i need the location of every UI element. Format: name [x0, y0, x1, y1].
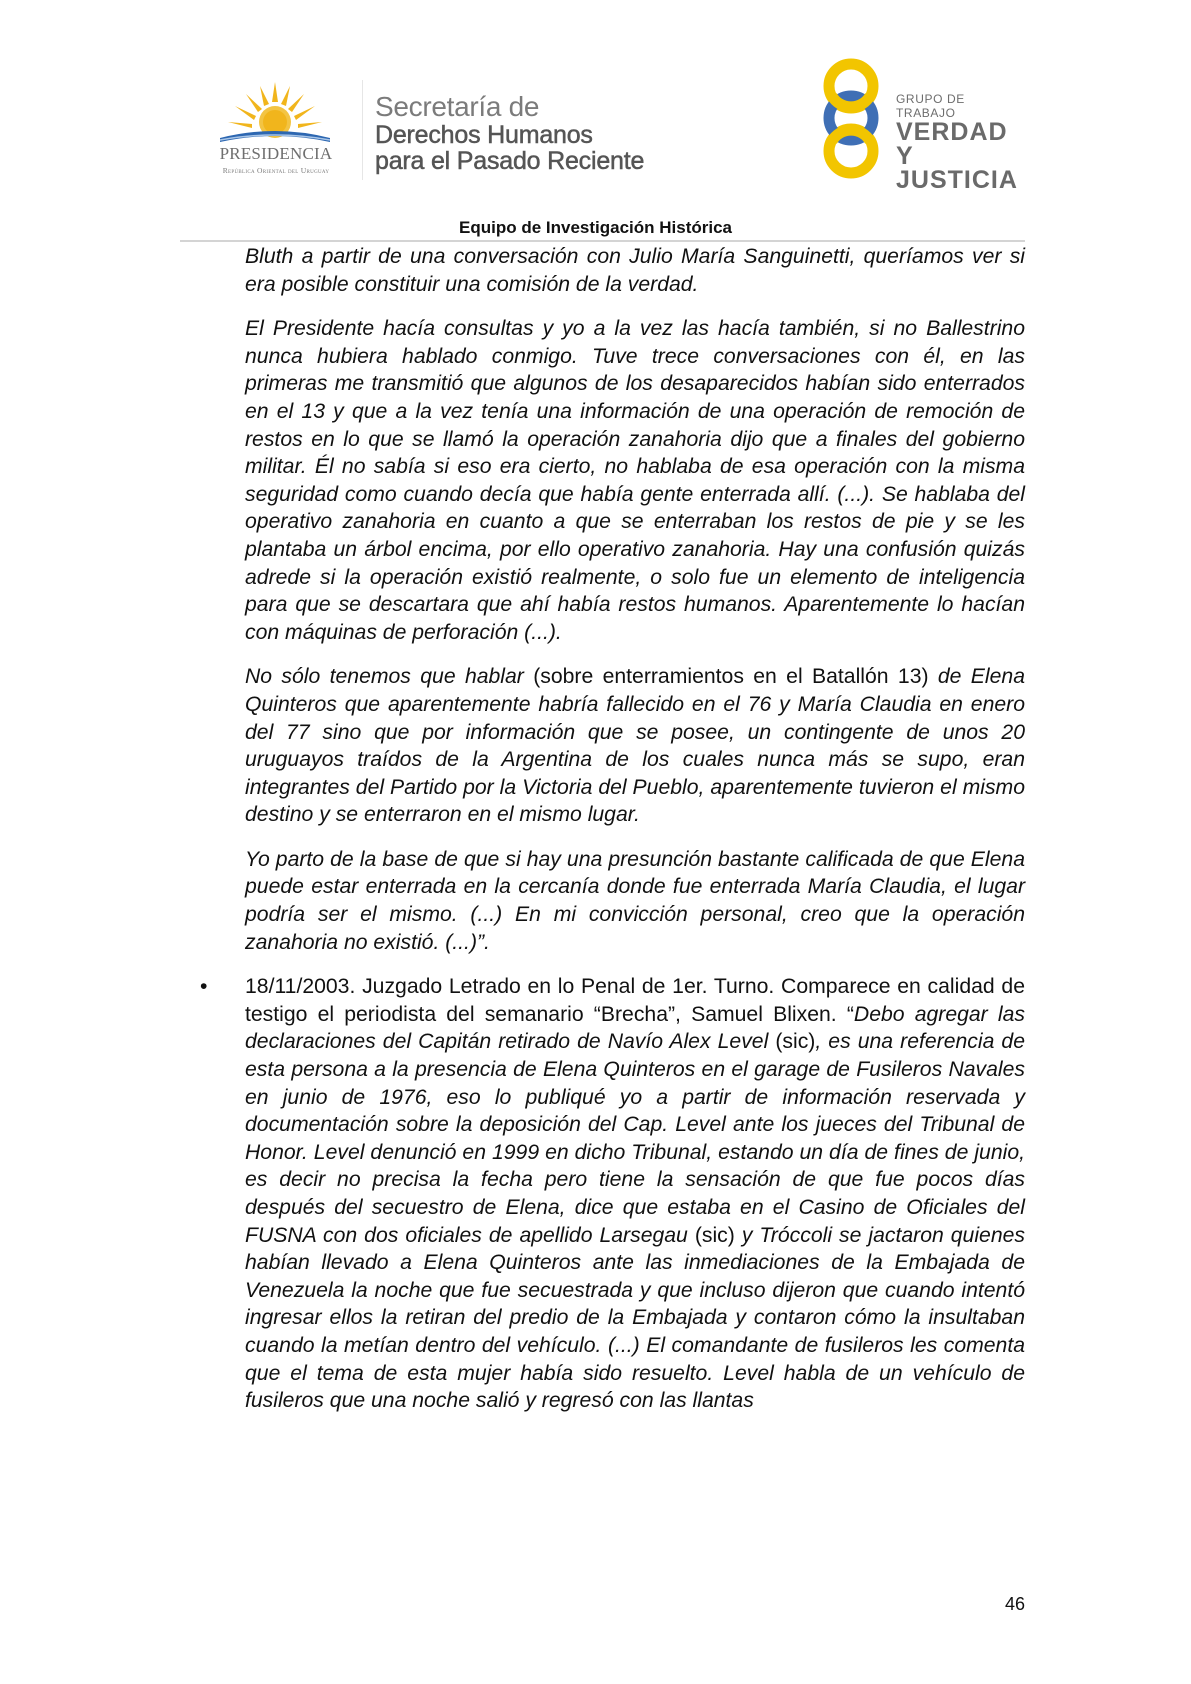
verdad-justicia-logo: GRUPO DE TRABAJO VERDAD Y JUSTICIA — [818, 56, 1028, 181]
paragraph-4: Yo parto de la base de que si hay una pr… — [245, 846, 1025, 956]
paragraph-3-italic-a: No sólo tenemos que hablar — [245, 665, 524, 688]
verdad-label: VERDAD Y — [896, 120, 1028, 168]
sun-emblem-icon — [220, 80, 330, 145]
bullet-sic-1: (sic) — [768, 1030, 815, 1053]
secretaria-line-3: para el Pasado Reciente — [375, 148, 644, 174]
logo-separator — [362, 80, 363, 180]
paragraph-2: El Presidente hacía consultas y yo a la … — [245, 315, 1025, 646]
justicia-label: JUSTICIA — [896, 168, 1028, 192]
secretaria-line-2: Derechos Humanos — [375, 122, 644, 148]
bullet-item: •18/11/2003. Juzgado Letrado en lo Penal… — [245, 973, 1025, 1415]
paragraph-3-italic-b: de Elena Quinteros que aparentemente hab… — [245, 665, 1025, 826]
document-body: Bluth a partir de una conversación con J… — [245, 243, 1025, 1415]
bullet-quote-3: y Tróccoli se jactaron quienes habían ll… — [245, 1224, 1025, 1413]
verdad-justicia-text: GRUPO DE TRABAJO VERDAD Y JUSTICIA — [896, 92, 1028, 192]
presidencia-title: PRESIDENCIA — [196, 144, 356, 164]
bullet-marker: • — [200, 973, 207, 1001]
presidencia-subtitle: República Oriental del Uruguay — [196, 166, 356, 175]
grupo-trabajo-label: GRUPO DE TRABAJO — [896, 92, 1028, 120]
linked-rings-icon — [818, 56, 888, 181]
page-number: 46 — [1005, 1594, 1025, 1615]
paragraph-3-upright: (sobre enterramientos en el Batallón 13) — [524, 665, 938, 688]
presidencia-logo: PRESIDENCIA República Oriental del Urugu… — [196, 80, 356, 180]
header-rule — [180, 240, 1025, 242]
header-caption: Equipo de Investigación Histórica — [0, 218, 1191, 238]
bullet-sic-2: (sic) — [688, 1224, 742, 1247]
secretaria-title: Secretaría de Derechos Humanos para el P… — [375, 92, 644, 174]
paragraph-1: Bluth a partir de una conversación con J… — [245, 243, 1025, 298]
secretaria-line-1: Secretaría de — [375, 92, 644, 122]
paragraph-3: No sólo tenemos que hablar (sobre enterr… — [245, 663, 1025, 829]
bullet-quote-2: , es una referencia de esta persona a la… — [245, 1030, 1025, 1246]
